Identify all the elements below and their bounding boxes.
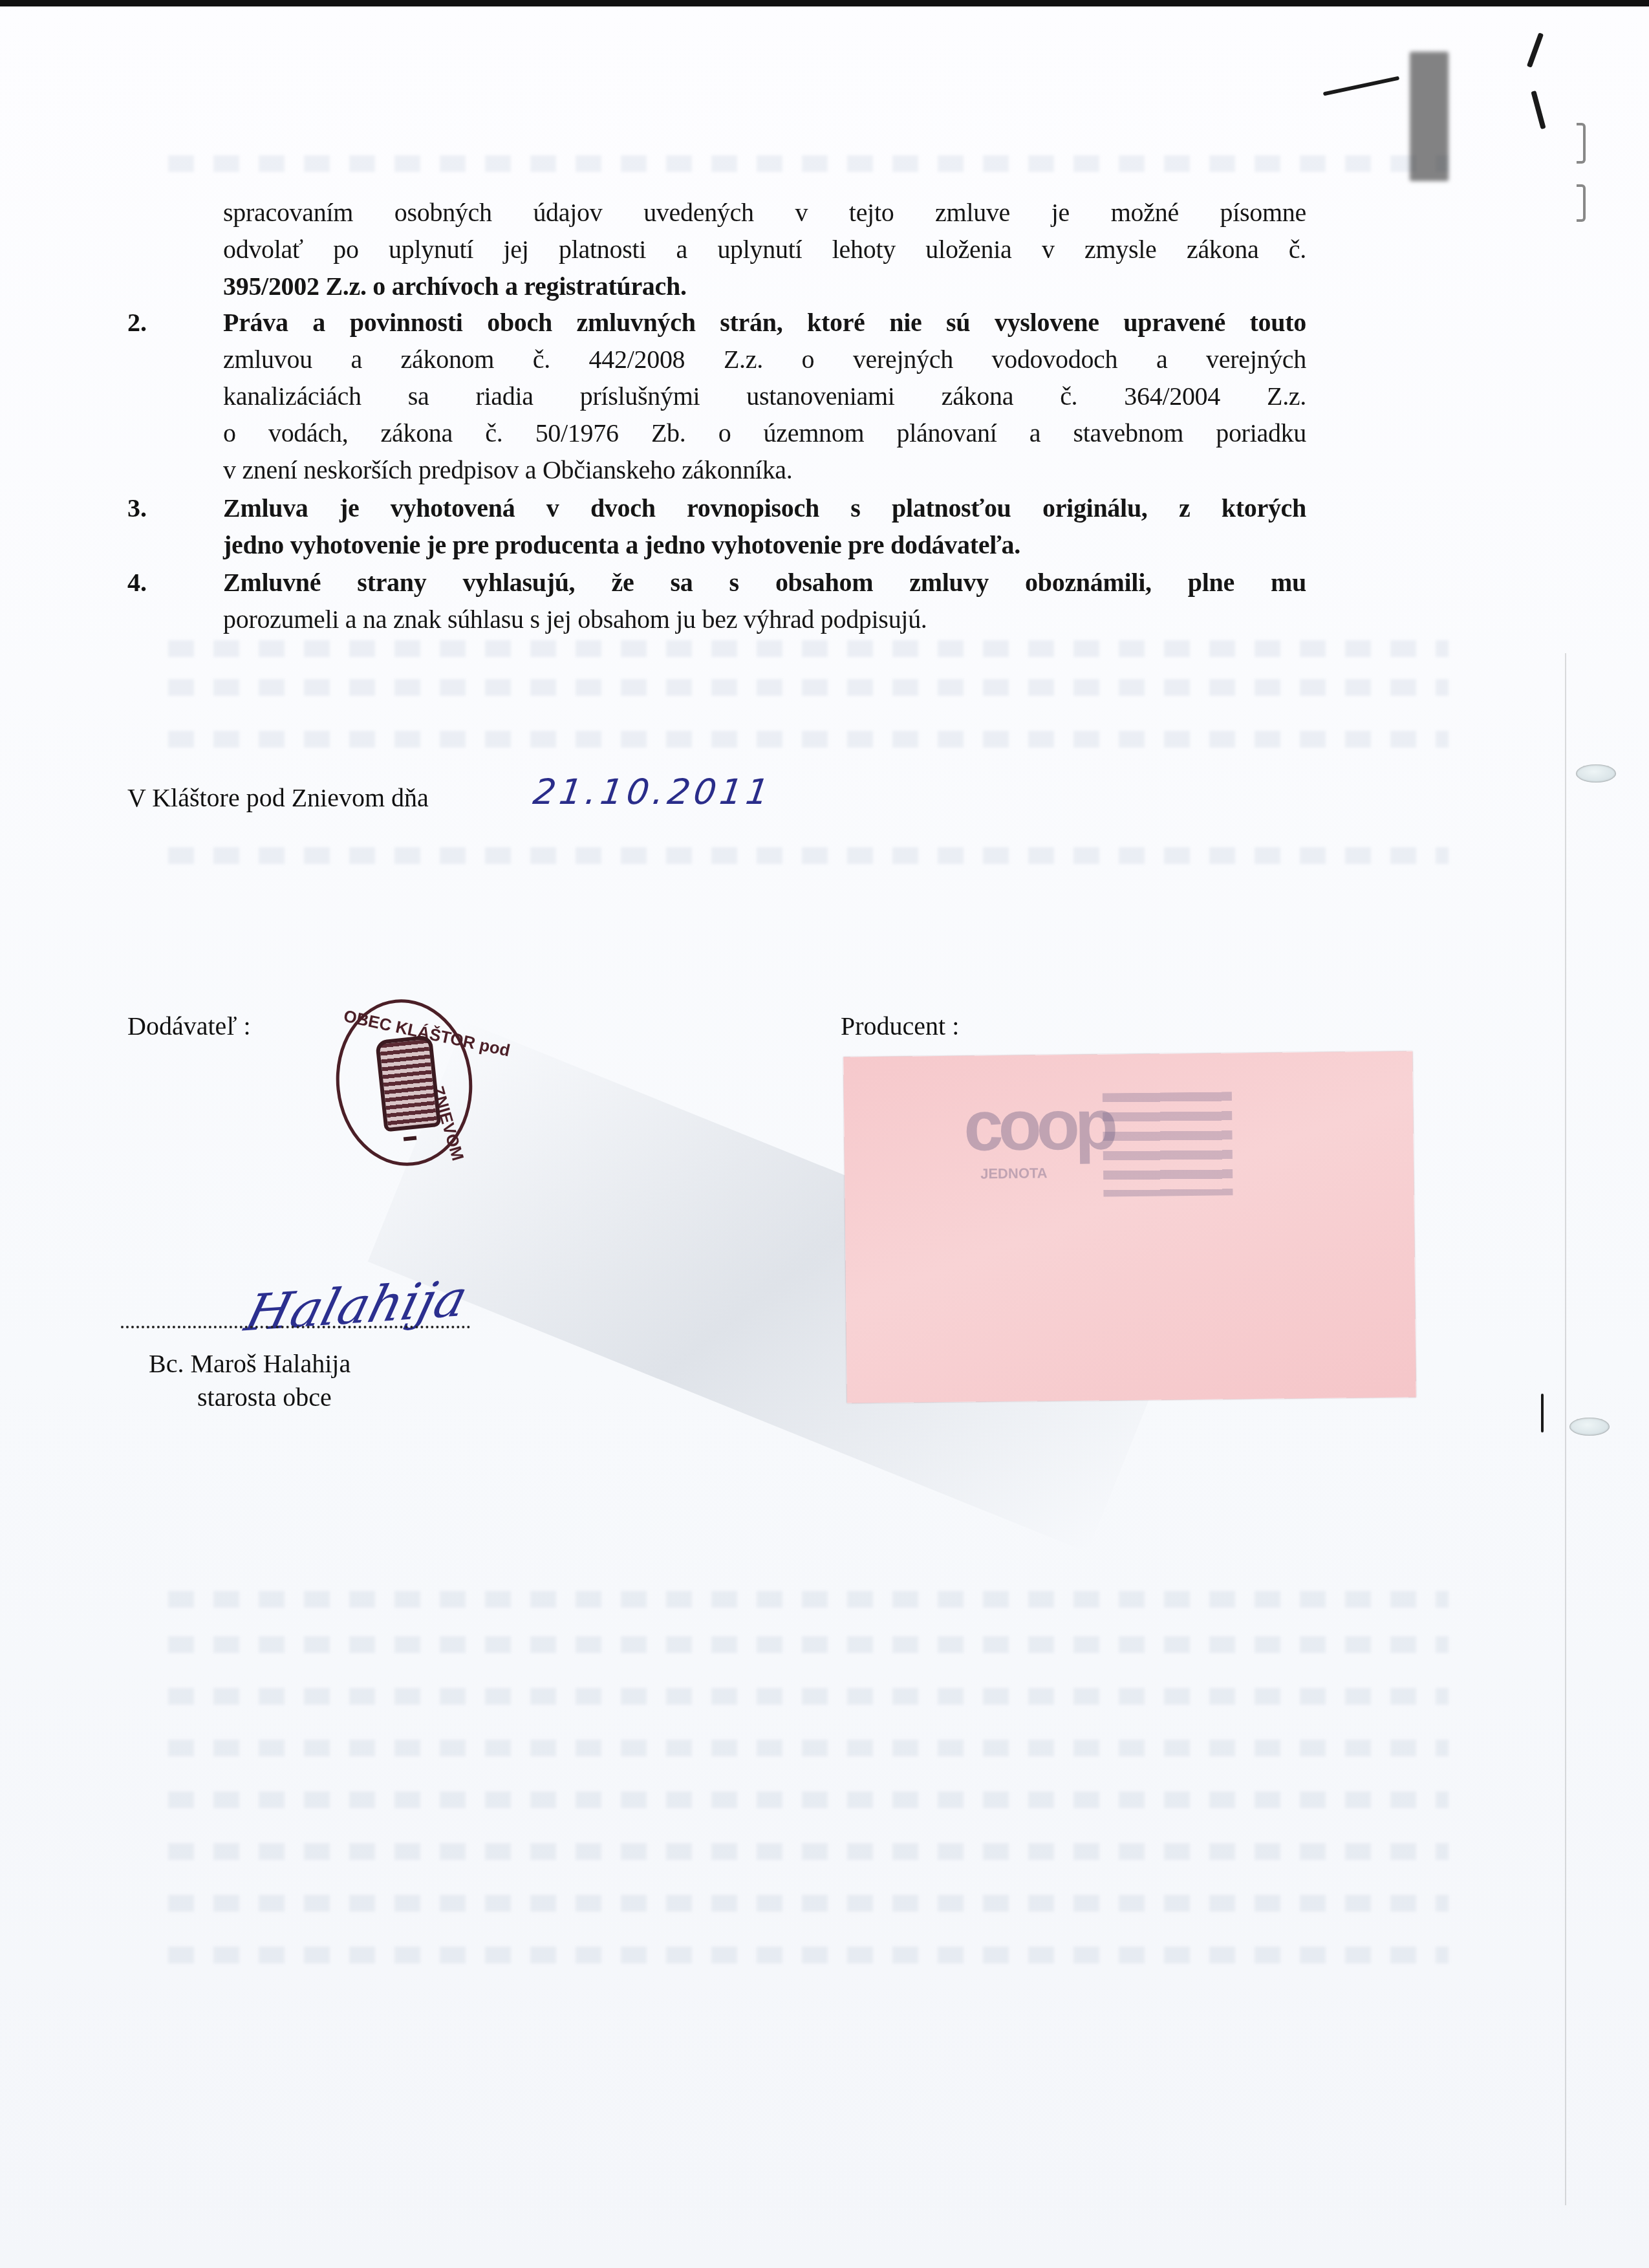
clause-line: odvolať po uplynutí jej platnosti a uply…	[223, 231, 1306, 268]
handwritten-mark	[1531, 91, 1546, 129]
scan-edge	[0, 0, 1649, 6]
clause-line: kanalizáciách sa riadia príslušnými usta…	[223, 378, 1306, 415]
bleed-through	[168, 731, 1449, 748]
bleed-through	[168, 1740, 1449, 1756]
supplier-label: Dodávateľ :	[127, 1011, 251, 1041]
coop-logo-icon: coop	[964, 1083, 1114, 1167]
bleed-through	[168, 679, 1449, 696]
signer-title: starosta obce	[197, 1382, 332, 1412]
bleed-through	[168, 847, 1449, 864]
signature-line	[121, 1326, 470, 1328]
clause-line: v znení neskorších predpisov a Občianske…	[223, 451, 1306, 488]
municipality-stamp: OBEC KLÁŠTOR pod ZNIEVOM	[328, 993, 480, 1173]
clause-1-continuation: spracovaním osobných údajov uvedených v …	[223, 194, 1306, 305]
bleed-through	[168, 1947, 1449, 1963]
clause-number: 4.	[127, 567, 147, 598]
clause-line: Zmluvné strany vyhlasujú, že sa s obsaho…	[223, 564, 1306, 601]
bleed-through	[168, 640, 1449, 657]
producer-label: Producent :	[841, 1011, 959, 1041]
handwritten-mark	[1527, 32, 1544, 67]
clause-line: porozumeli a na znak súhlasu s jej obsah…	[223, 601, 1306, 638]
bleed-through	[168, 1843, 1449, 1860]
handwritten-signature: Halahija	[239, 1270, 473, 1343]
place-line: V Kláštore pod Znievom dňa	[127, 783, 429, 813]
bleed-through	[168, 1688, 1449, 1705]
page-edge-shadow	[1565, 653, 1566, 2205]
bleed-through	[168, 1636, 1449, 1653]
document-page: spracovaním osobných údajov uvedených v …	[0, 6, 1649, 2268]
clause-4: Zmluvné strany vyhlasujú, že sa s obsaho…	[223, 564, 1306, 638]
producer-stamp-slip: coop JEDNOTA	[843, 1051, 1416, 1403]
bleed-through	[168, 1895, 1449, 1912]
clause-line: spracovaním osobných údajov uvedených v …	[223, 194, 1306, 231]
clause-line: 395/2002 Z.z. o archívoch a registratúra…	[223, 268, 1306, 305]
clause-3: Zmluva je vyhotovená v dvoch rovnopisoch…	[223, 490, 1306, 563]
staple-icon	[1577, 123, 1586, 164]
handwritten-date: 21.10.2011	[531, 772, 775, 812]
signer-name: Bc. Maroš Halahija	[149, 1348, 350, 1379]
margin-mark	[1541, 1394, 1544, 1432]
stamp-address-block	[1103, 1092, 1233, 1196]
clause-number: 2.	[127, 307, 147, 338]
staple-icon	[1577, 184, 1586, 222]
clause-number: 3.	[127, 493, 147, 523]
stamp-dash	[404, 1136, 417, 1141]
clause-2: Práva a povinnosti oboch zmluvných strán…	[223, 304, 1306, 488]
clause-line: o vodách, zákona č. 50/1976 Zb. o územno…	[223, 415, 1306, 451]
clause-line: jedno vyhotovenie je pre producenta a je…	[223, 526, 1306, 563]
clause-line: Práva a povinnosti oboch zmluvných strán…	[223, 304, 1306, 341]
bleed-through	[168, 1791, 1449, 1808]
bleed-through	[168, 155, 1449, 172]
clause-line: Zmluva je vyhotovená v dvoch rovnopisoch…	[223, 490, 1306, 526]
ink-smudge	[1410, 52, 1449, 181]
clause-line: zmluvou a zákonom č. 442/2008 Z.z. o ver…	[223, 341, 1306, 378]
handwritten-mark	[1323, 76, 1400, 96]
punch-hole	[1576, 764, 1616, 783]
bleed-through	[168, 1591, 1449, 1608]
punch-hole	[1569, 1418, 1610, 1436]
coat-of-arms-icon	[375, 1035, 441, 1132]
coop-logo-subtitle: JEDNOTA	[980, 1165, 1048, 1182]
